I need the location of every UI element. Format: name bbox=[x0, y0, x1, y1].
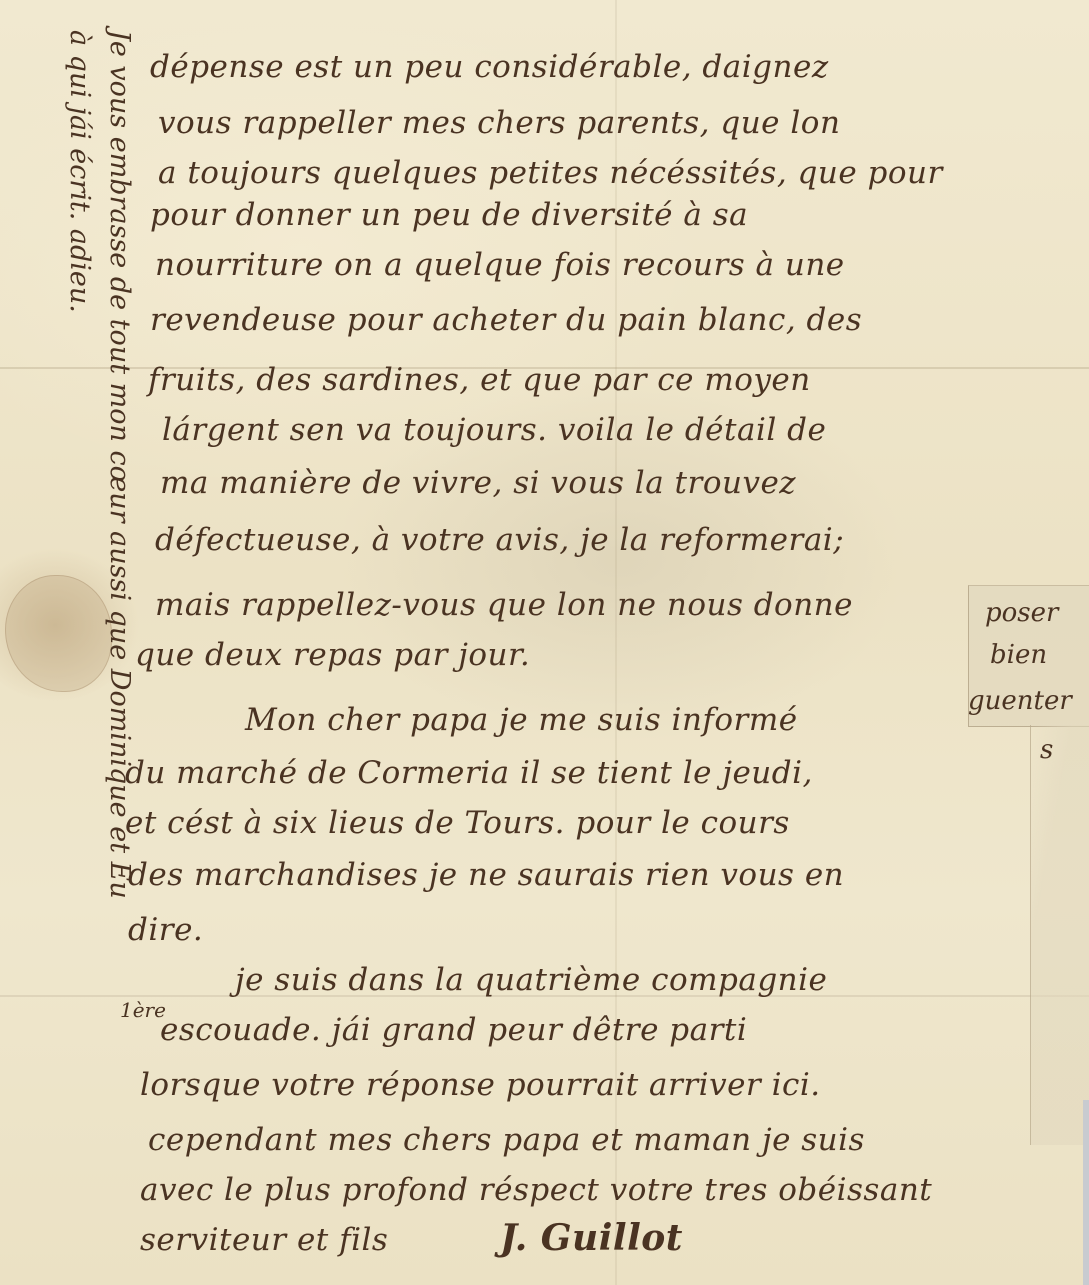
letter-line-15: et cést à six lieus de Tours. pour le co… bbox=[125, 808, 790, 839]
letter-line-9: ma manière de vivre, si vous la trouvez bbox=[160, 468, 796, 499]
letter-line-7: fruits, des sardines, et que par ce moye… bbox=[148, 365, 811, 396]
letter-line-19: escouade. jái grand peur dêtre parti bbox=[160, 1015, 747, 1046]
signature: J. Guillot bbox=[500, 1220, 683, 1256]
letter-line-21: cependant mes chers papa et maman je sui… bbox=[148, 1125, 865, 1156]
margin-fragment: bien bbox=[990, 640, 1047, 670]
page-edge-shadow bbox=[1083, 1100, 1089, 1285]
margin-fragment: poser bbox=[985, 598, 1058, 628]
letter-line-6: revendeuse pour acheter du pain blanc, d… bbox=[150, 305, 862, 336]
margin-fragment: guenter bbox=[968, 686, 1072, 716]
letter-line-14: du marché de Cormeria il se tient le jeu… bbox=[125, 758, 813, 789]
letter-line-3: a toujours quelques petites nécéssités, … bbox=[158, 158, 943, 189]
letter-line-20: lorsque votre réponse pourrait arriver i… bbox=[140, 1070, 821, 1101]
letter-line-12: que deux repas par jour. bbox=[135, 640, 530, 671]
letter-line-8: lárgent sen va toujours. voila le détail… bbox=[162, 415, 826, 446]
letter-line-17: dire. bbox=[128, 915, 203, 946]
letter-line-10: défectueuse, à votre avis, je la reforme… bbox=[155, 525, 844, 556]
letter-line-23: serviteur et fils bbox=[140, 1225, 388, 1256]
left-margin-text-column-2: à qui jái écrit. adieu. bbox=[66, 30, 93, 313]
letter-line-16: des marchandises je ne saurais rien vous… bbox=[128, 860, 844, 891]
letter-line-11: mais rappellez-vous que lon ne nous donn… bbox=[155, 590, 853, 621]
margin-fragment: s bbox=[1040, 735, 1053, 765]
letter-line-2: vous rappeller mes chers parents, que lo… bbox=[158, 108, 840, 139]
letter-line-1: dépense est un peu considérable, daignez bbox=[150, 52, 829, 83]
folded-paper-edge bbox=[1030, 725, 1089, 1145]
water-stain bbox=[5, 575, 112, 692]
letter-page: Je vous embrasse de tout mon cœur aussi … bbox=[0, 0, 1089, 1285]
letter-line-4: pour donner un peu de diversité à sa bbox=[150, 200, 748, 231]
letter-line-22: avec le plus profond réspect votre tres … bbox=[140, 1175, 932, 1206]
letter-line-5: nourriture on a quelque fois recours à u… bbox=[155, 250, 845, 281]
letter-line-18: je suis dans la quatrième compagnie bbox=[235, 965, 827, 996]
letter-line-13: Mon cher papa je me suis informé bbox=[245, 705, 798, 736]
